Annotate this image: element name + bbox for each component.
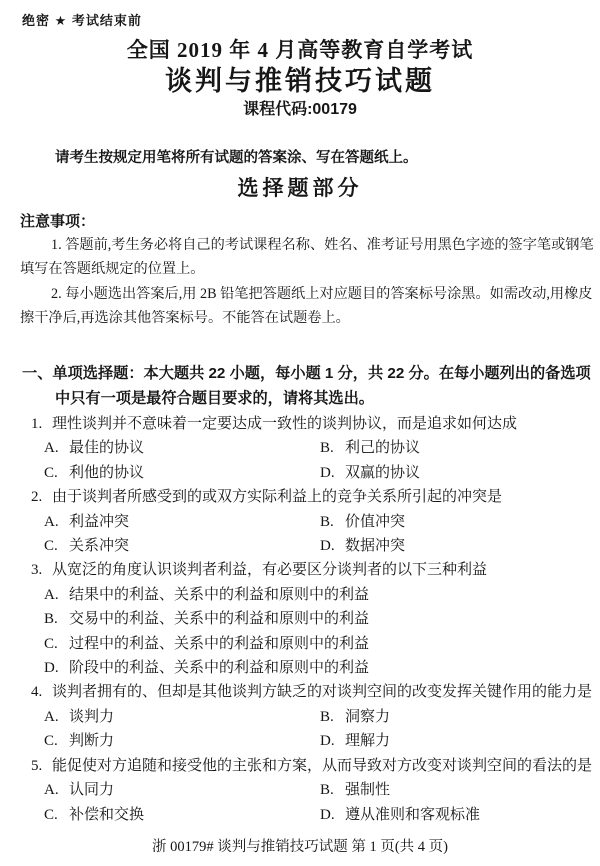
question-text: 理性谈判并不意味着一定要达成一致性的谈判协议，而是追求如何达成 — [52, 412, 597, 436]
option-label: B. — [320, 436, 345, 460]
option-label: B. — [320, 778, 345, 802]
question-text: 由于谈判者所感受到的或双方实际利益上的竞争关系所引起的冲突是 — [52, 485, 597, 509]
option-label: D. — [320, 534, 345, 558]
option-text: 认同力 — [69, 778, 114, 802]
notes-list: 1. 答题前,考生务必将自己的考试课程名称、姓名、准考证号用黑色字迹的签字笔或钢… — [20, 233, 596, 330]
option-label: A. — [44, 436, 69, 460]
option-item: A. 利益冲突 — [44, 510, 320, 534]
option-label: C. — [44, 803, 69, 827]
option-text: 洞察力 — [345, 705, 390, 729]
option-item: B. 利己的协议 — [320, 436, 597, 460]
option-label: C. — [44, 632, 69, 656]
option-text: 遵从准则和客观标准 — [345, 803, 480, 827]
paper-title: 谈判与推销技巧试题 — [0, 59, 600, 98]
question-item: 5. 能促使对方追随和接受他的主张和方案，从而导致对方改变对谈判空间的看法的是 … — [20, 754, 597, 827]
question-item: 2. 由于谈判者所感受到的或双方实际利益上的竞争关系所引起的冲突是 A. 利益冲… — [20, 485, 597, 558]
option-text: 数据冲突 — [345, 534, 405, 558]
option-item: D. 数据冲突 — [320, 534, 597, 558]
question-number: 2. — [31, 485, 52, 509]
question-item: 1. 理性谈判并不意味着一定要达成一致性的谈判协议，而是追求如何达成 A. 最佳… — [20, 412, 597, 485]
page-footer: 浙 00179# 谈判与推销技巧试题 第 1 页(共 4 页) — [0, 835, 600, 856]
question-number: 5. — [31, 754, 52, 778]
option-item: B. 强制性 — [320, 778, 597, 802]
question-text: 能促使对方追随和接受他的主张和方案，从而导致对方改变对谈判空间的看法的是 — [52, 754, 597, 778]
option-text: 利益冲突 — [69, 510, 129, 534]
option-text: 结果中的利益、关系中的利益和原则中的利益 — [69, 583, 369, 607]
option-text: 补偿和交换 — [69, 803, 144, 827]
option-item: D. 双赢的协议 — [320, 461, 597, 485]
option-text: 判断力 — [69, 729, 114, 753]
option-item: C. 判断力 — [44, 729, 320, 753]
question-item: 4. 谈判者拥有的、但却是其他谈判方缺乏的对谈判空间的改变发挥关键作用的能力是 … — [20, 680, 597, 753]
option-group: A. 谈判力 B. 洞察力 C. 判断力 D. 理解力 — [44, 705, 597, 754]
option-item: D. 遵从准则和客观标准 — [320, 803, 597, 827]
option-label: B. — [320, 510, 345, 534]
answer-instruction: 请考生按规定用笔将所有试题的答案涂、写在答题纸上。 — [55, 146, 418, 167]
option-item: C. 关系冲突 — [44, 534, 320, 558]
option-item: A. 最佳的协议 — [44, 436, 320, 460]
option-label: C. — [44, 534, 69, 558]
notes-title: 注意事项： — [20, 210, 95, 231]
option-item: A. 结果中的利益、关系中的利益和原则中的利益 — [44, 583, 597, 607]
option-item: D. 阶段中的利益、关系中的利益和原则中的利益 — [44, 656, 597, 680]
option-text: 强制性 — [345, 778, 390, 802]
option-text: 利他的协议 — [69, 461, 144, 485]
option-item: B. 洞察力 — [320, 705, 597, 729]
option-item: B. 交易中的利益、关系中的利益和原则中的利益 — [44, 607, 597, 631]
option-label: D. — [320, 461, 345, 485]
question-number: 1. — [31, 412, 52, 436]
option-item: C. 利他的协议 — [44, 461, 320, 485]
option-text: 谈判力 — [69, 705, 114, 729]
option-item: A. 谈判力 — [44, 705, 320, 729]
question-number: 4. — [31, 680, 52, 704]
option-label: A. — [44, 778, 69, 802]
option-text: 双赢的协议 — [345, 461, 420, 485]
option-text: 关系冲突 — [69, 534, 129, 558]
question-text: 从宽泛的角度认识谈判者利益，有必要区分谈判者的以下三种利益 — [52, 558, 597, 582]
option-label: D. — [320, 803, 345, 827]
question-text: 谈判者拥有的、但却是其他谈判方缺乏的对谈判空间的改变发挥关键作用的能力是 — [52, 680, 597, 704]
option-text: 阶段中的利益、关系中的利益和原则中的利益 — [69, 656, 369, 680]
option-text: 过程中的利益、关系中的利益和原则中的利益 — [69, 632, 369, 656]
option-text: 价值冲突 — [345, 510, 405, 534]
option-label: B. — [44, 607, 69, 631]
option-label: C. — [44, 729, 69, 753]
option-text: 理解力 — [345, 729, 390, 753]
option-item: B. 价值冲突 — [320, 510, 597, 534]
option-label: C. — [44, 461, 69, 485]
course-code: 课程代码:00179 — [0, 96, 600, 119]
option-item: C. 补偿和交换 — [44, 803, 320, 827]
option-text: 交易中的利益、关系中的利益和原则中的利益 — [69, 607, 369, 631]
option-label: D. — [44, 656, 69, 680]
option-item: A. 认同力 — [44, 778, 320, 802]
section-one-header: 一、单项选择题：本大题共 22 小题，每小题 1 分，共 22 分。在每小题列出… — [22, 362, 600, 411]
option-item: C. 过程中的利益、关系中的利益和原则中的利益 — [44, 632, 597, 656]
part-heading: 选择题部分 — [0, 172, 600, 202]
note-item: 1. 答题前,考生务必将自己的考试课程名称、姓名、准考证号用黑色字迹的签字笔或钢… — [20, 233, 596, 282]
classification-banner: 绝密 ★ 考试结束前 — [22, 10, 142, 29]
option-text: 最佳的协议 — [69, 436, 144, 460]
option-label: A. — [44, 583, 69, 607]
option-label: A. — [44, 510, 69, 534]
option-group: A. 结果中的利益、关系中的利益和原则中的利益 B. 交易中的利益、关系中的利益… — [44, 583, 597, 681]
option-group: A. 利益冲突 B. 价值冲突 C. 关系冲突 D. 数据冲突 — [44, 510, 597, 559]
option-group: A. 认同力 B. 强制性 C. 补偿和交换 D. 遵从准则和客观标准 — [44, 778, 597, 827]
option-text: 利己的协议 — [345, 436, 420, 460]
option-label: A. — [44, 705, 69, 729]
question-list: 1. 理性谈判并不意味着一定要达成一致性的谈判协议，而是追求如何达成 A. 最佳… — [20, 412, 597, 827]
question-number: 3. — [31, 558, 52, 582]
option-item: D. 理解力 — [320, 729, 597, 753]
option-group: A. 最佳的协议 B. 利己的协议 C. 利他的协议 D. 双赢的协议 — [44, 436, 597, 485]
option-label: B. — [320, 705, 345, 729]
question-item: 3. 从宽泛的角度认识谈判者利益，有必要区分谈判者的以下三种利益 A. 结果中的… — [20, 558, 597, 680]
exam-paper-page: 绝密 ★ 考试结束前 全国 2019 年 4 月高等教育自学考试 谈判与推销技巧… — [0, 0, 600, 866]
option-label: D. — [320, 729, 345, 753]
note-item: 2. 每小题选出答案后,用 2B 铅笔把答题纸上对应题目的答案标号涂黑。如需改动… — [20, 282, 596, 331]
